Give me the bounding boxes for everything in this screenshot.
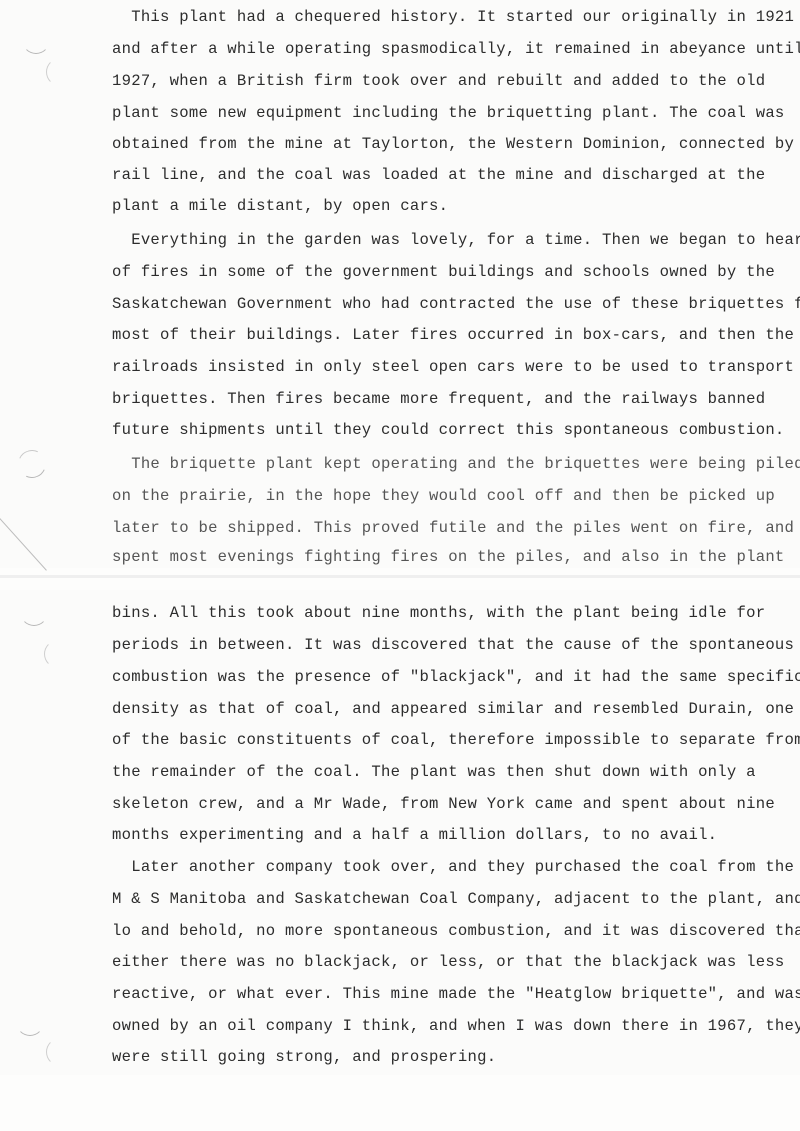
document-page: This plant had a chequered history. It s… <box>0 0 800 1131</box>
text-line: of fires in some of the government build… <box>112 263 775 281</box>
text-line: most of their buildings. Later fires occ… <box>112 326 794 344</box>
text-line: later to be shipped. This proved futile … <box>112 519 794 537</box>
text-line: M & S Manitoba and Saskatchewan Coal Com… <box>112 890 800 908</box>
text-line: The briquette plant kept operating and t… <box>112 455 800 473</box>
text-line: railroads insisted in only steel open ca… <box>112 358 794 376</box>
text-line: density as that of coal, and appeared si… <box>112 700 794 718</box>
scanned-section-top: This plant had a chequered history. It s… <box>0 0 800 568</box>
text-line: were still going strong, and prospering. <box>112 1048 496 1066</box>
text-line: on the prairie, in the hope they would c… <box>112 487 775 505</box>
text-line: future shipments until they could correc… <box>112 421 785 439</box>
text-line: and after a while operating spasmodicall… <box>112 40 800 58</box>
punch-hole-mark <box>44 640 72 668</box>
punch-hole-mark <box>20 598 48 626</box>
text-line: plant some new equipment including the b… <box>112 104 785 122</box>
punch-hole-mark <box>16 1008 44 1036</box>
text-line: skeleton crew, and a Mr Wade, from New Y… <box>112 795 775 813</box>
punch-hole-mark <box>46 58 74 86</box>
scan-seam <box>0 575 800 578</box>
text-line: either there was no blackjack, or less, … <box>112 953 785 971</box>
text-line: This plant had a chequered history. It s… <box>112 8 794 26</box>
scanned-section-bottom: bins. All this took about nine months, w… <box>0 590 800 1075</box>
text-line: lo and behold, no more spontaneous combu… <box>112 922 800 940</box>
punch-hole-mark <box>14 446 50 482</box>
text-line: obtained from the mine at Taylorton, the… <box>112 135 794 153</box>
text-line: briquettes. Then fires became more frequ… <box>112 390 765 408</box>
text-line: plant a mile distant, by open cars. <box>112 197 448 215</box>
text-line: Later another company took over, and the… <box>112 858 794 876</box>
text-line: reactive, or what ever. This mine made t… <box>112 985 800 1003</box>
text-line: Saskatchewan Government who had contract… <box>112 295 800 313</box>
text-line: periods in between. It was discovered th… <box>112 636 794 654</box>
text-line: months experimenting and a half a millio… <box>112 826 717 844</box>
punch-hole-mark <box>46 1038 74 1066</box>
punch-hole-mark <box>22 26 50 54</box>
text-line: of the basic constituents of coal, there… <box>112 731 800 749</box>
text-line: spent most evenings fighting fires on th… <box>112 548 785 566</box>
text-line: bins. All this took about nine months, w… <box>112 604 765 622</box>
text-line: 1927, when a British firm took over and … <box>112 72 765 90</box>
text-line: owned by an oil company I think, and whe… <box>112 1017 800 1035</box>
text-line: Everything in the garden was lovely, for… <box>112 231 800 249</box>
text-line: combustion was the presence of "blackjac… <box>112 668 800 686</box>
text-line: rail line, and the coal was loaded at th… <box>112 166 765 184</box>
paper-crease <box>0 518 47 571</box>
text-line: the remainder of the coal. The plant was… <box>112 763 756 781</box>
